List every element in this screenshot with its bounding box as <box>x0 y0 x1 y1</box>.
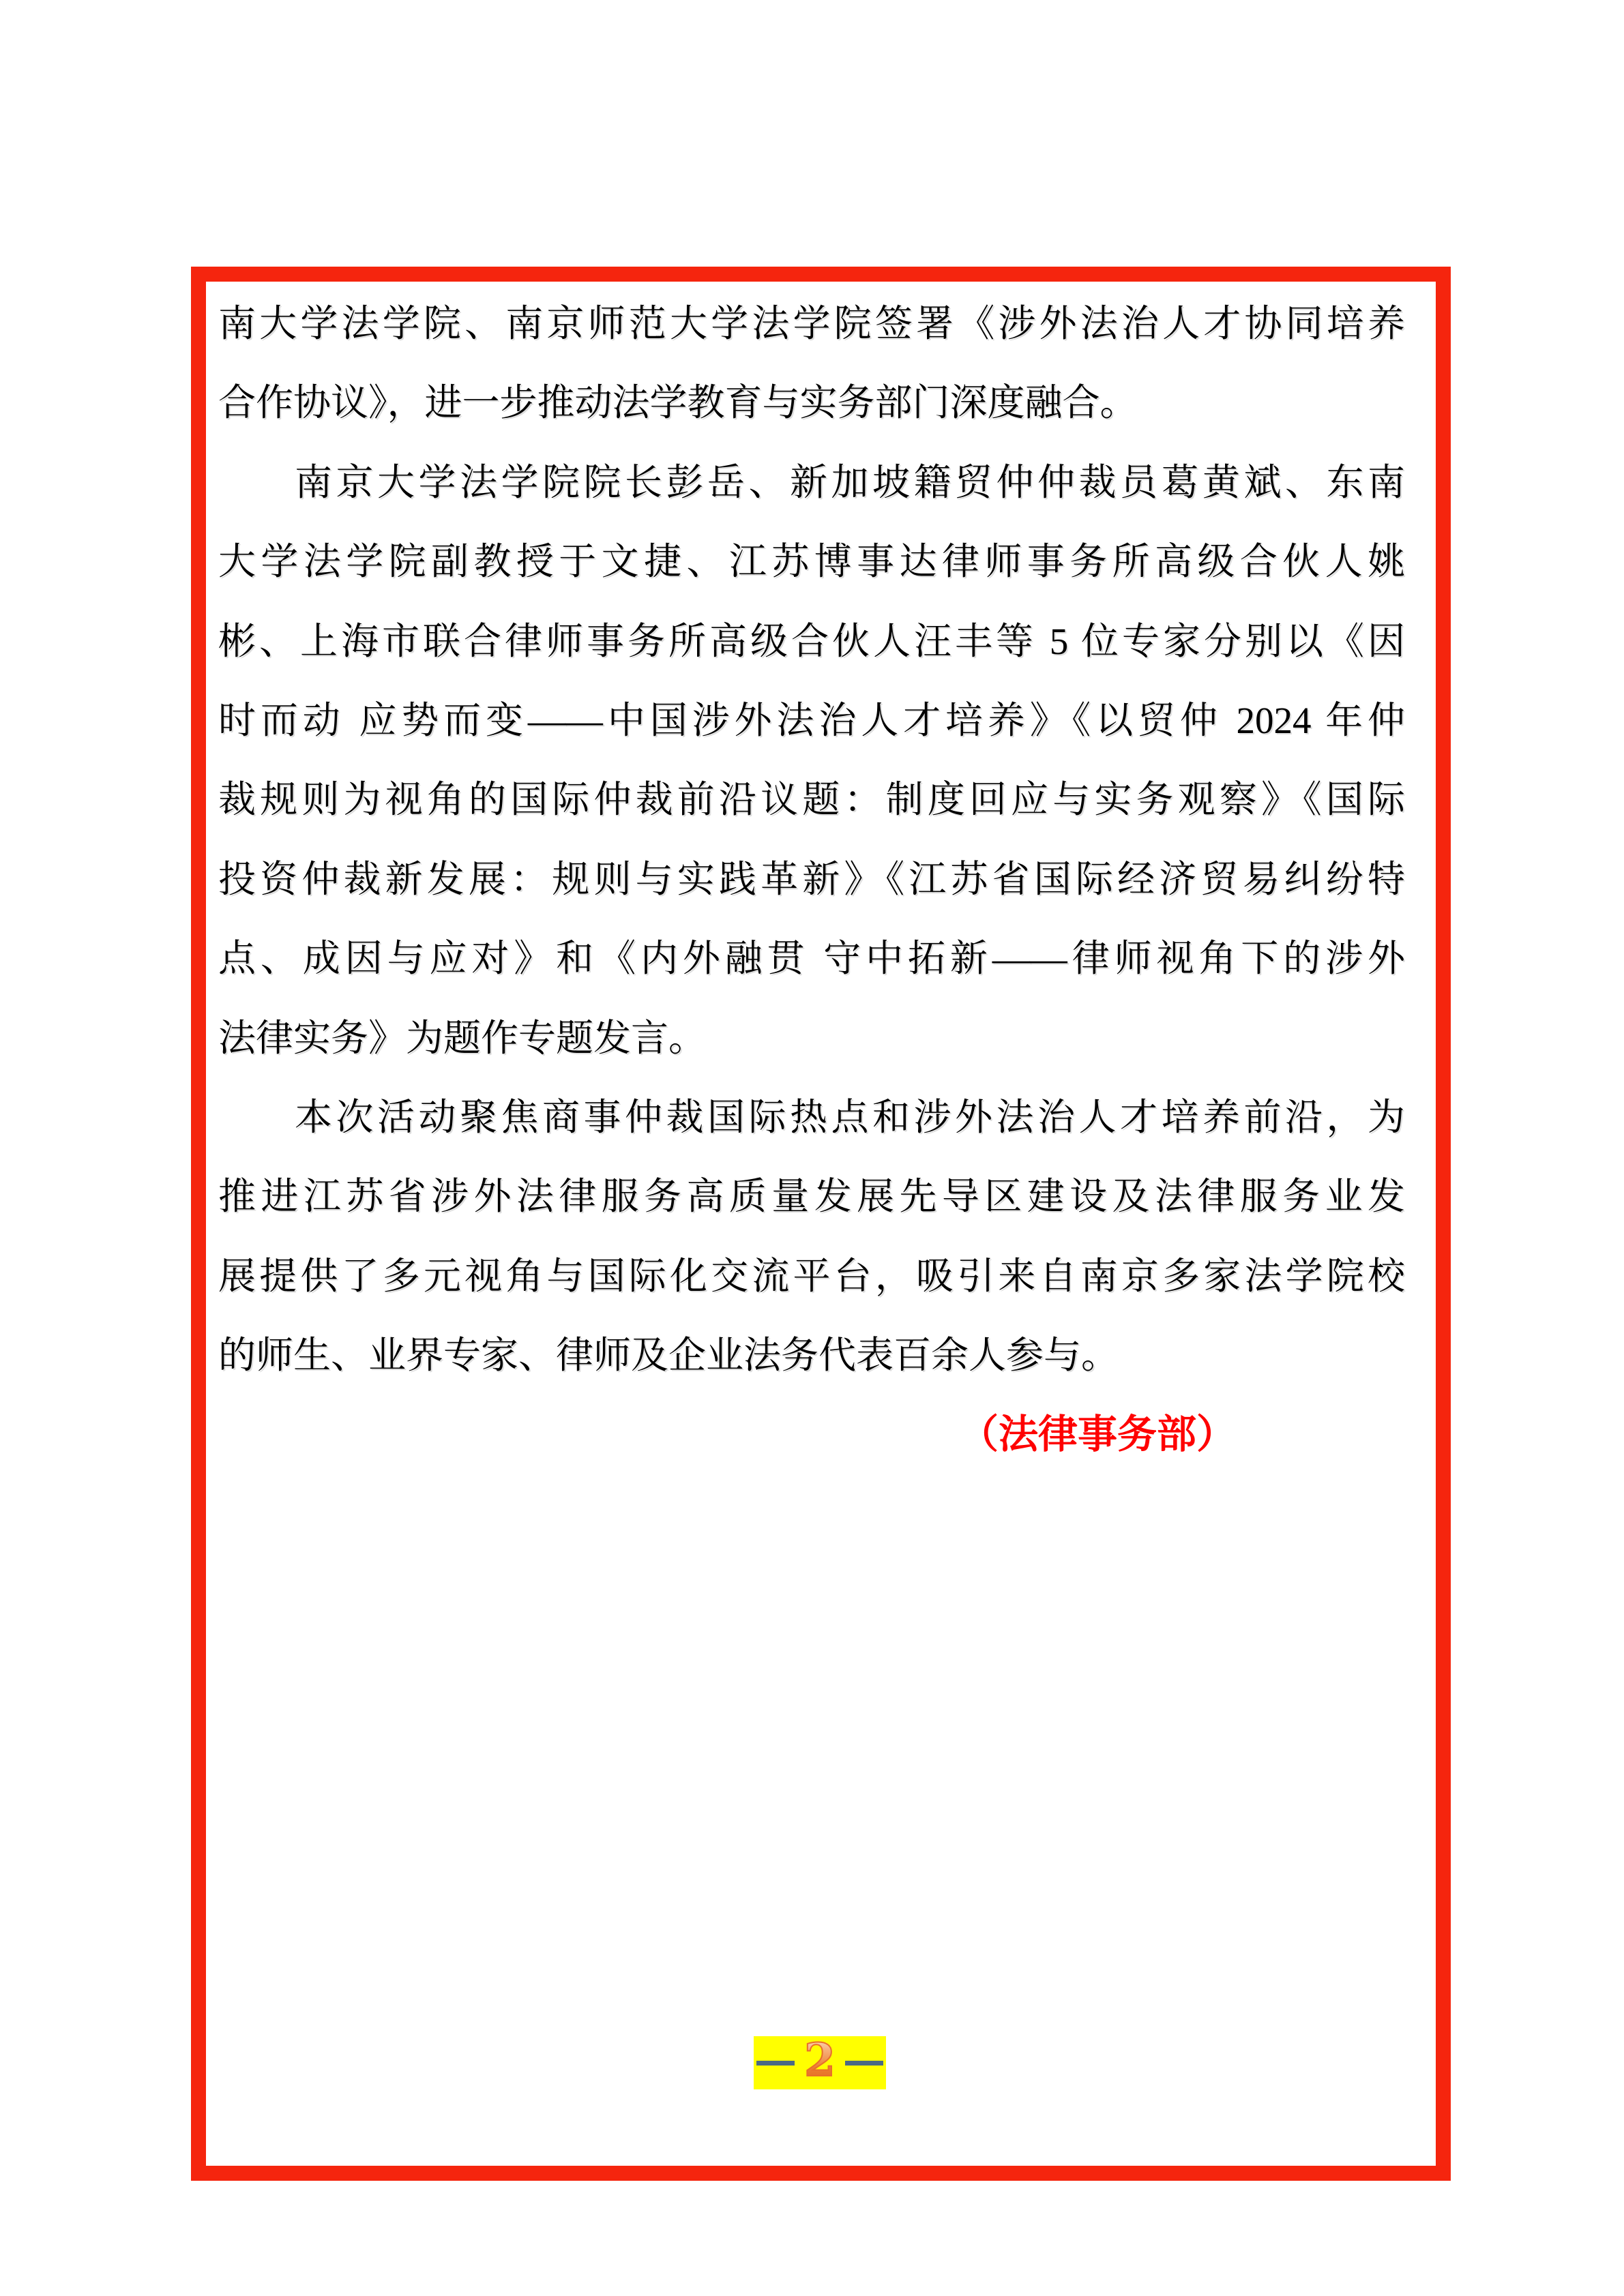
body-line: 时而动 应势而变——中国涉外法治人才培养》《以贸仲 2024 年仲 <box>218 681 1405 760</box>
body-line: 大学法学院副教授于文捷、江苏博事达律师事务所高级合伙人姚 <box>218 522 1405 601</box>
body-line: 投资仲裁新发展：规则与实践革新》《江苏省国际经济贸易纠纷特 <box>218 840 1405 919</box>
body-line: 彬、上海市联合律师事务所高级合伙人汪丰等 5 位专家分别以《因 <box>218 602 1405 681</box>
page-number: 2 <box>804 2033 836 2087</box>
body-line: 展提供了多元视角与国际化交流平台，吸引来自南京多家法学院校 <box>218 1237 1405 1316</box>
document-page: 南大学法学院、南京师范大学法学院签署《涉外法治人才协同培养 合作协议》，进一步推… <box>0 0 1624 2296</box>
body-line: 合作协议》，进一步推动法学教育与实务部门深度融合。 <box>218 363 1405 443</box>
signature: （法律事务部） <box>218 1395 1405 1474</box>
body-line: 的师生、业界专家、律师及企业法务代表百余人参与。 <box>218 1316 1405 1395</box>
footer-dash-right-icon <box>845 2061 883 2066</box>
page-number-footer: 2 <box>754 2036 886 2089</box>
body-line: 本次活动聚焦商事仲裁国际热点和涉外法治人才培养前沿，为 <box>218 1078 1405 1157</box>
body-line: 法律实务》为题作专题发言。 <box>218 999 1405 1078</box>
body-line: 裁规则为视角的国际仲裁前沿议题：制度回应与实务观察》《国际 <box>218 760 1405 839</box>
body-line: 推进江苏省涉外法律服务高质量发展先导区建设及法律服务业发 <box>218 1157 1405 1236</box>
body-text: 南大学法学院、南京师范大学法学院签署《涉外法治人才协同培养 合作协议》，进一步推… <box>218 284 1405 1475</box>
body-line: 南大学法学院、南京师范大学法学院签署《涉外法治人才协同培养 <box>218 284 1405 363</box>
body-line: 南京大学法学院院长彭岳、新加坡籍贸仲仲裁员葛黄斌、东南 <box>218 443 1405 522</box>
body-line: 点、成因与应对》和《内外融贯 守中拓新——律师视角下的涉外 <box>218 919 1405 998</box>
footer-dash-left-icon <box>756 2061 795 2066</box>
